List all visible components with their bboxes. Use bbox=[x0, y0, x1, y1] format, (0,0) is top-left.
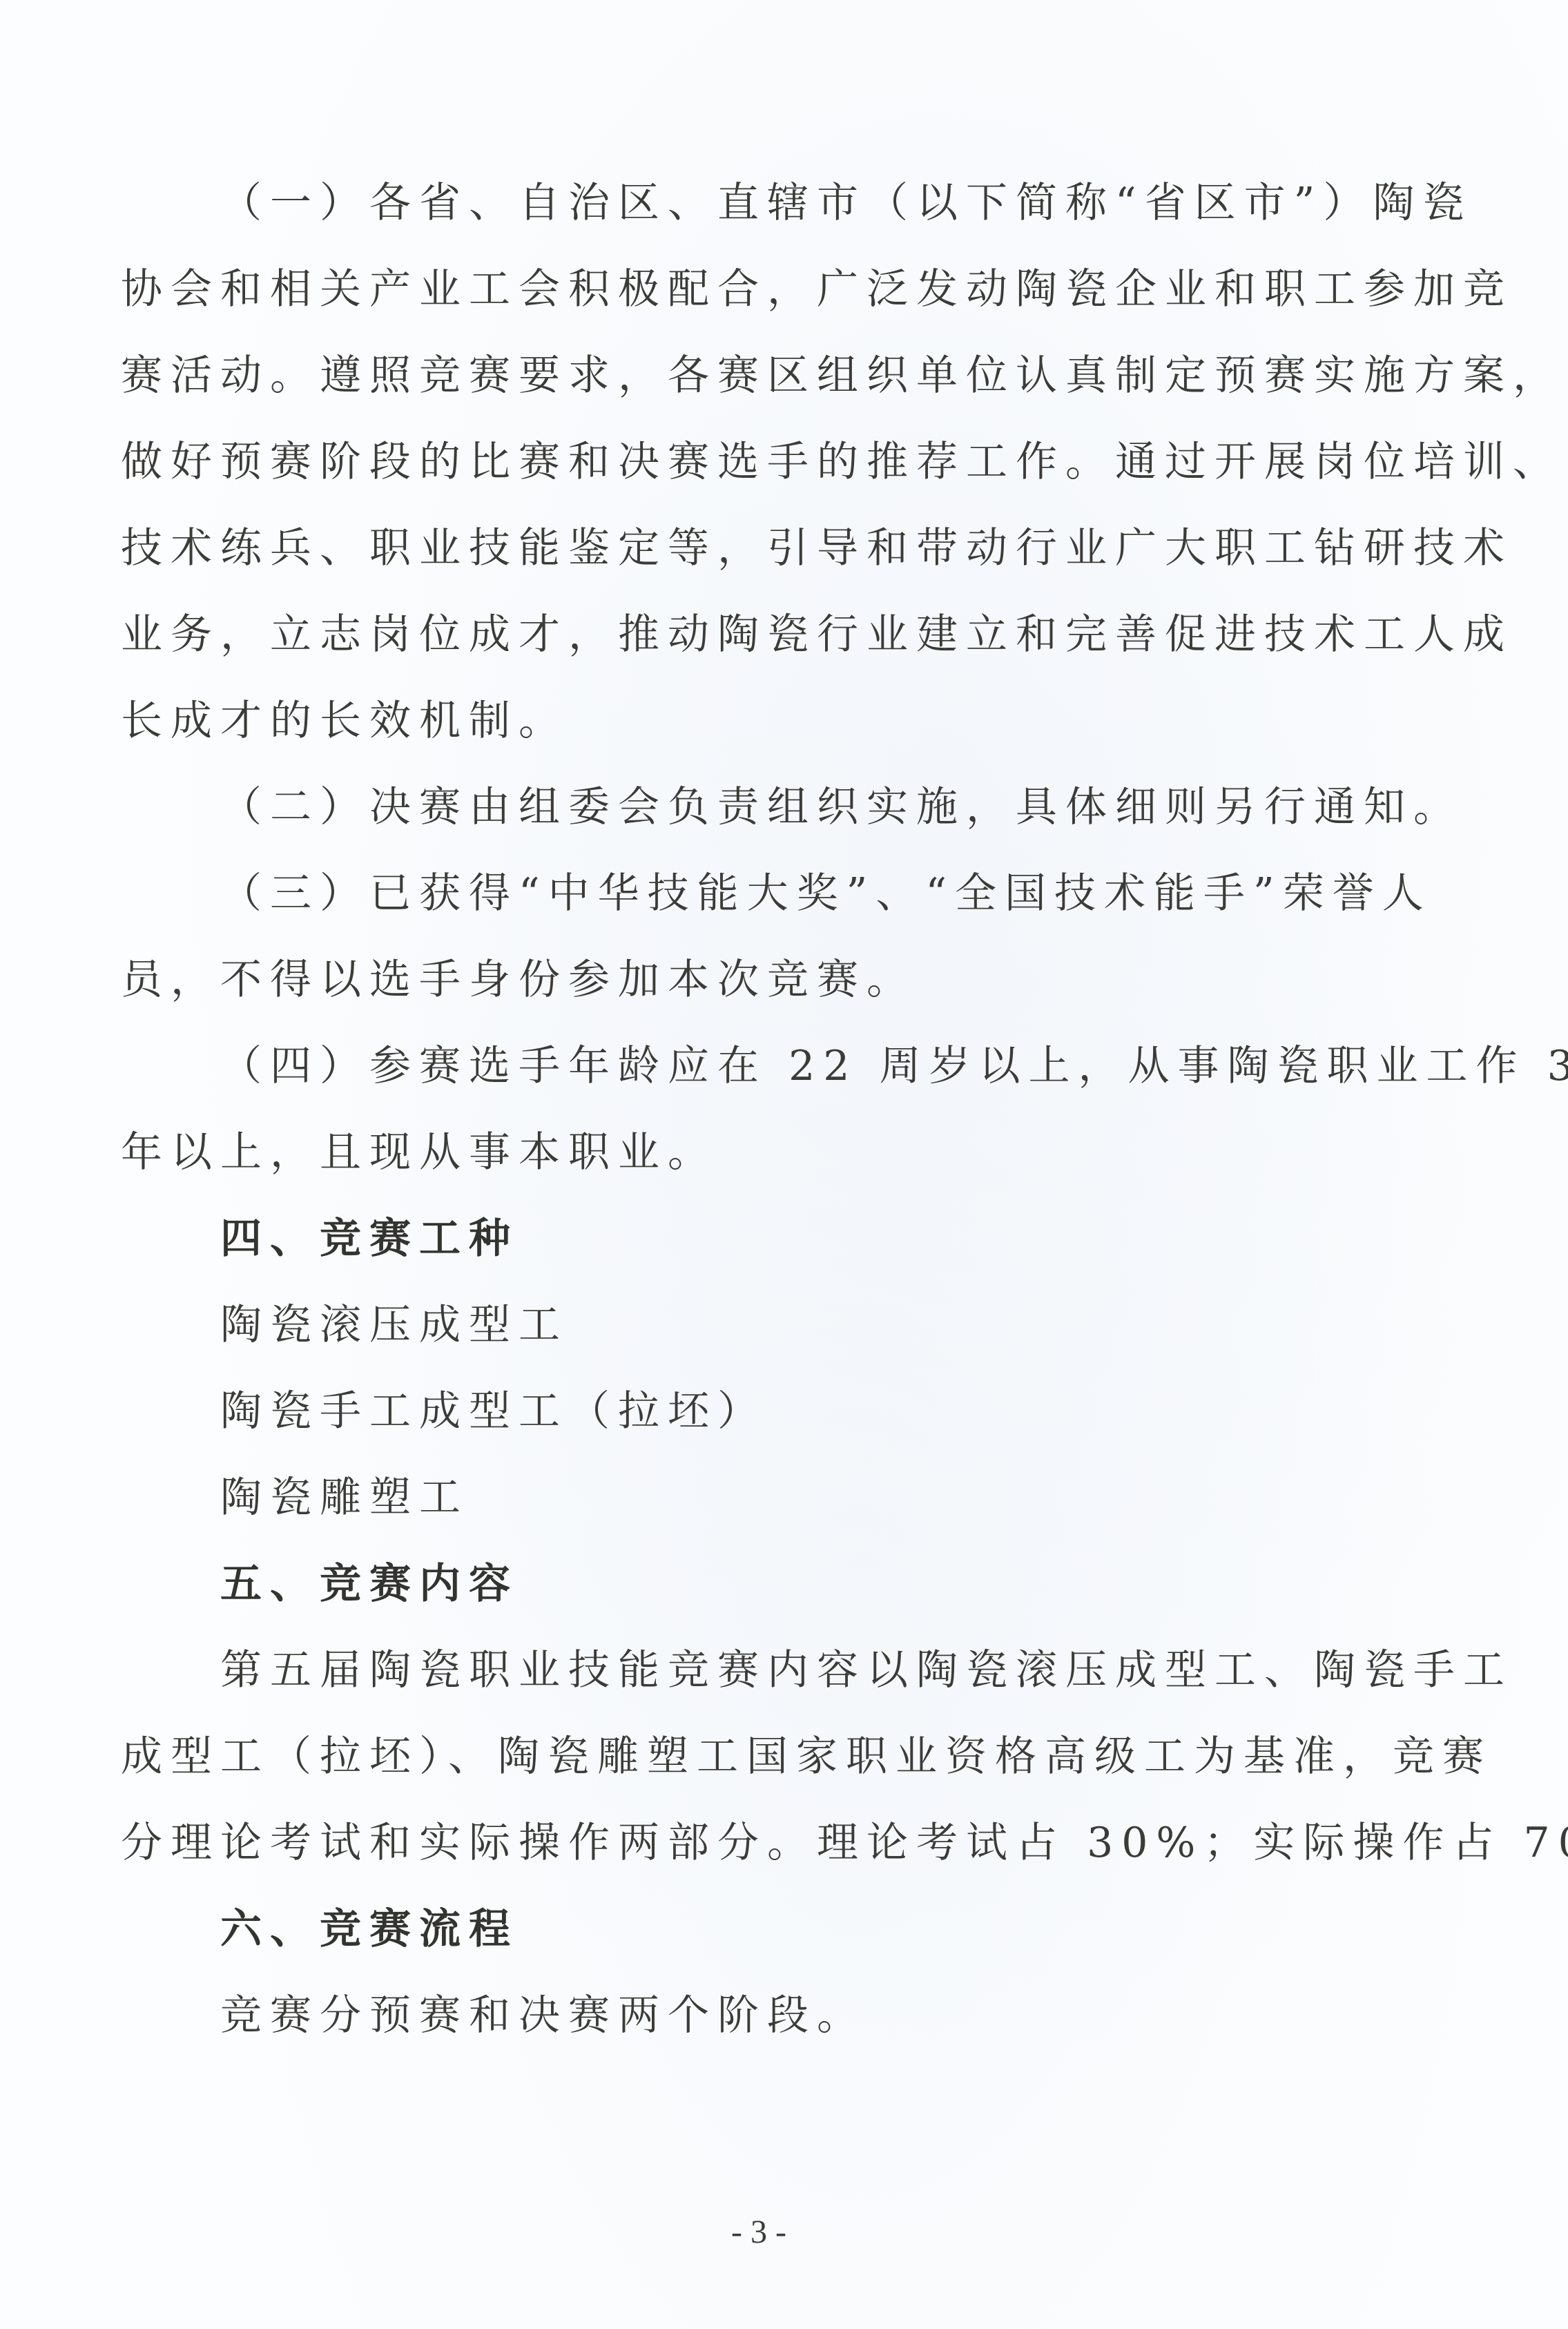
trade-item-hand-throwing: 陶瓷手工成型工（拉坯） bbox=[121, 1369, 1426, 1455]
paragraph-line-19: 成型工（拉坯）、陶瓷雕塑工国家职业资格高级工为基准，竞赛 bbox=[121, 1714, 1426, 1800]
section-heading-competition-process: 六、竞赛流程 bbox=[121, 1886, 1426, 1973]
section-heading-competition-trades: 四、竞赛工种 bbox=[121, 1196, 1426, 1282]
paragraph-line-22: 竞赛分预赛和决赛两个阶段。 bbox=[121, 1973, 1426, 2059]
trade-item-sculpture: 陶瓷雕塑工 bbox=[121, 1455, 1426, 1541]
paragraph-line-11: （四）参赛选手年龄应在 22 周岁以上，从事陶瓷职业工作 3 bbox=[121, 1023, 1426, 1110]
paragraph-line-9: （三）已获得“中华技能大奖”、“全国技术能手”荣誉人 bbox=[121, 851, 1426, 937]
document-page: （一）各省、自治区、直辖市（以下简称“省区市”）陶瓷 协会和相关产业工会积极配合… bbox=[0, 0, 1568, 2329]
paragraph-line-20: 分理论考试和实际操作两部分。理论考试占 30%；实际操作占 70%。 bbox=[121, 1800, 1426, 1886]
paragraph-line-12: 年以上，且现从事本职业。 bbox=[121, 1110, 1426, 1196]
paragraph-line-3: 赛活动。遵照竞赛要求，各赛区组织单位认真制定预赛实施方案， bbox=[121, 333, 1426, 419]
page-number: - 3 - bbox=[710, 2210, 807, 2255]
section-heading-competition-content: 五、竞赛内容 bbox=[121, 1541, 1426, 1627]
paragraph-line-7: 长成才的长效机制。 bbox=[121, 678, 1426, 764]
paragraph-line-6: 业务，立志岗位成才，推动陶瓷行业建立和完善促进技术工人成 bbox=[121, 592, 1426, 678]
document-body: （一）各省、自治区、直辖市（以下简称“省区市”）陶瓷 协会和相关产业工会积极配合… bbox=[121, 160, 1426, 2059]
paragraph-line-10: 员，不得以选手身份参加本次竞赛。 bbox=[121, 937, 1426, 1023]
paragraph-line-8: （二）决赛由组委会负责组织实施，具体细则另行通知。 bbox=[121, 764, 1426, 851]
paragraph-line-1: （一）各省、自治区、直辖市（以下简称“省区市”）陶瓷 bbox=[121, 160, 1426, 247]
paragraph-line-18: 第五届陶瓷职业技能竞赛内容以陶瓷滚压成型工、陶瓷手工 bbox=[121, 1627, 1426, 1714]
paragraph-line-5: 技术练兵、职业技能鉴定等，引导和带动行业广大职工钻研技术 bbox=[121, 505, 1426, 592]
paragraph-line-2: 协会和相关产业工会积极配合，广泛发动陶瓷企业和职工参加竞 bbox=[121, 247, 1426, 333]
paragraph-line-4: 做好预赛阶段的比赛和决赛选手的推荐工作。通过开展岗位培训、 bbox=[121, 419, 1426, 505]
trade-item-roller-forming: 陶瓷滚压成型工 bbox=[121, 1282, 1426, 1369]
